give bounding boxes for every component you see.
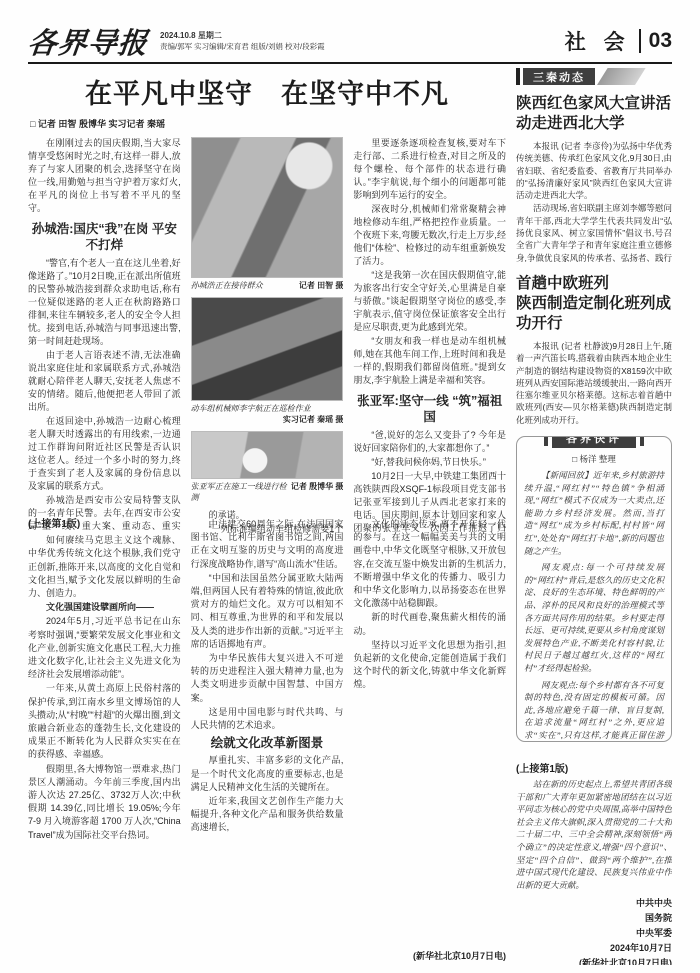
paragraph: “这是我第一次在国庆假期值守,能为旅客出行安全守好关,心里满是自豪与骄傲。”谈起… [353,269,506,334]
official-signature-block: 中共中央国务院中央军委2024年10月7日(新华社北京10月7日电) [516,896,672,965]
page-divider [639,29,641,53]
sidebar-article2-title-line2: 陕西制造定制化班列成功开行 [516,294,672,334]
paragraph: 站在新的历史起点上,希望共青团各级干部和广大青年更加紧密地团结在以习近平同志为核… [516,778,672,891]
photo1-caption: 孙城浩正在接待群众 记者 田智 摄 [191,280,344,291]
paragraph: 本报讯 (记者 李彦伶)为弘扬中华优秀传统美德、传承红色家风文化,9月30日,由… [516,140,672,201]
newspaper-page: 各界导报 2024.10.8 星期二 责编/郭军 实习编辑/宋育君 组版/刘娟 … [0,0,700,973]
sidebar-continued-section: (上接第1版) 站在新的历史起点上,希望共青团各级干部和广大青年更加紧密地团结在… [516,760,672,965]
paragraph: 由于老人言语表述不清,无法准确说出家庭住址和家属联系方式,孙城浩就耐心陪伴老人聊… [28,349,181,414]
main-byline: □ 记者 田智 殷博华 实习记者 秦瑶 [30,117,506,130]
main-column-2: 孙城浩正在接待群众 记者 田智 摄 动车组机械师李宇航正在巡检作业 实习记者 秦… [191,137,344,533]
sidebar-article1-body: 本报讯 (记者 李彦伶)为弘扬中华优秀传统美德、传承红色家风文化,9月30日,由… [516,140,672,262]
paragraph: 这是用中国电影与时代共鸣、与人民共情的艺术追求。 [191,706,344,732]
masthead-rule [28,62,672,64]
paragraph: “警官,有个老人一直在这儿坐着,好像迷路了。”10月2日晚,正在派出所值班的民警… [28,257,181,348]
paragraph: 假期里,各大博物馆一票难求,热门景区人潮涌动。今年前三季度,国内出游人次达 27… [28,763,181,842]
intro-paragraph: 在刚刚过去的国庆假期,当大家尽情享受悠闲时光之时,有这样一群人,放弃了与家人团聚… [28,137,181,215]
paragraph: 网友观点:每一个可持续发展的“网红村”背后,是悠久的历史文化积淀、良好的生态环境… [524,561,664,674]
photo2-caption: 动车组机械师李宇航正在巡检作业 实习记者 秦瑶 摄 [191,403,344,425]
bottom-column-2: 中法建交60周年之际,在法国国家图书馆、比利牛斯省图书馆之间,两国正在文明互鉴的… [191,518,344,965]
paragraph: “中国和法国虽然分属亚欧大陆两端,但两国人民有着特殊的情谊,彼此欣赏对方的灿烂文… [191,572,344,651]
paragraph: 新的时代画卷,聚焦薪火相传的涌动。 [353,611,506,637]
li-yuhang-continued-paragraphs: 里要逐条逐项检查复核,要对车下走行部、二系进行检查,对目之所及的每个螺栓、每个部… [353,137,506,387]
photo2-caption-text: 动车组机械师李宇航正在巡检作业 [191,403,344,414]
bottom-col2-paragraphs: 中法建交60周年之际,在法国国家图书馆、比利牛斯省图书馆之间,两国正在文明互鉴的… [191,518,344,835]
sun-chenghao-paragraphs: “警官,有个老人一直在这儿坐着,好像迷路了。”10月2日晚,正在派出所值班的民警… [28,257,181,533]
section-name: 社 会 [565,26,631,56]
sidebar: 三秦动态 陕西红色家风大宣讲活动走进西北大学 本报讯 (记者 李彦伶)为弘扬中华… [516,68,672,965]
main-article: 在平凡中坚守 在坚守中不凡 □ 记者 田智 殷博华 实习记者 秦瑶 在刚刚过去的… [28,70,506,533]
section-page-info: 社 会 03 [565,26,672,56]
paragraph: 如何赓续马克思主义这个魂脉、中华优秀传统文化这个根脉,我们党守正创新,推陈开来,… [28,534,181,600]
commentary-box-header: 各界快评 [524,436,664,448]
photo1-credit: 记者 田智 摄 [299,280,343,291]
bottom-continued-section: (上接第1版) 如何赓续马克思主义这个魂脉、中华优秀传统文化这个根脉,我们党守正… [28,518,506,965]
paragraph: 文化的活态传承,离不开年轻一代的参与。在这一幅幅美美与共的文明画卷中,中华文化既… [353,518,506,610]
main-column-3: 里要逐条逐项检查复核,要对车下走行部、二系进行检查,对目之所及的每个螺栓、每个部… [353,137,506,533]
commentary-box: 各界快评 □ 杨洋 整理 【新闻回放】近年来,乡村旅游持续升温,“网红村”“特色… [516,436,672,742]
paragraph: 在返回途中,孙城浩一边耐心梳理老人聊天时透露出的有用线索,一边通过工作群询问附近… [28,415,181,493]
sidebar-continued-label: (上接第1版) [516,760,672,775]
sidebar-article1-title: 陕西红色家风大宣讲活动走进西北大学 [516,94,672,134]
paragraph: 近年来,我国文艺创作生产能力大幅提升,各种文化产品和服务供给数量高速增长, [191,795,344,835]
newspaper-logo: 各界导报 [26,21,150,62]
staff-line: 责编/郭军 实习编辑/宋育君 组版/刘娟 校对/段彩霞 [160,41,325,52]
bottom-col1-paragraphs: 如何赓续马克思主义这个魂脉、中华优秀传统文化这个根脉,我们党守正创新,推陈开来,… [28,534,181,842]
paragraph: 国务院 [516,911,672,925]
paragraph: 深夜时分,机械师们常常聚精会神地检修动车组,严格把控作业质量。一个夜班下来,弯腰… [353,203,506,268]
sidebar-continued-body: 站在新的历史起点上,希望共青团各级干部和广大青年更加紧密地团结在以习近平同志为核… [516,778,672,892]
sanqin-header-label: 三秦动态 [523,68,595,85]
commentary-body: 【新闻回放】近年来,乡村旅游持续升温,“网红村”“特色镇”争相涌现,“网红”模式… [524,469,664,742]
masthead-info: 2024.10.8 星期二 责编/郭军 实习编辑/宋育君 组版/刘娟 校对/段彩… [160,30,325,52]
photo2-credit: 实习记者 秦瑶 摄 [191,414,344,425]
paragraph: 坚持以习近平文化思想为指引,担负起新的文化使命,定能创造属于我们这个时代的新文化… [353,639,506,692]
paragraph: 中法建交60周年之际,在法国国家图书馆、比利牛斯省图书馆之间,两国正在文明互鉴的… [191,518,344,571]
paragraph: 2024年5月,习近平总书记在山东考察时强调,“要繁荣发展文化事业和文化产业,创… [28,615,181,681]
header-accent-bar [516,68,520,85]
box-header-accent-left [544,436,548,446]
paragraph: 里要逐条逐项检查复核,要对车下走行部、二系进行检查,对目之所及的每个螺栓、每个部… [353,137,506,202]
paragraph: 【新闻回放】近年来,乡村旅游持续升温,“网红村”“特色镇”争相涌现,“网红”模式… [524,469,664,557]
sidebar-article2-title-line1: 首趟中欧班列 [516,274,672,294]
date-line: 2024.10.8 星期二 [160,30,325,41]
paragraph: 中共中央 [516,896,672,910]
xinhua-credit: (新华社北京10月7日电) [413,950,506,963]
photo3-credit: 记者 殷博华 摄 [291,481,343,503]
paragraph: 一年来,从黄土高原上民俗村落的保护传承,到江南水乡里文博场馆的人头攒动;从“村晚… [28,682,181,761]
photo-construction-worker [191,431,344,479]
bottom-column-1: (上接第1版) 如何赓续马克思主义这个魂脉、中华优秀传统文化这个根脉,我们党守正… [28,518,181,965]
commentary-header-label: 各界快评 [552,436,636,448]
paragraph: 本报讯 (记者 杜静波)9月28日上午,随着一声汽笛长鸣,搭载着由陕西本地企业生… [516,340,672,426]
box-header-accent-right [640,436,644,446]
paragraph: 文化强国建设擘画所向—— [28,601,181,614]
bottom-col3-paragraphs: 文化的活态传承,离不开年轻一代的参与。在这一幅幅美美与共的文明画卷中,中华文化既… [353,518,506,692]
paragraph: 网友观点:每个乡村都有各不可复制的特色,没有固定的模板可循。因此,各地应避免千篇… [524,679,664,743]
main-headline: 在平凡中坚守 在坚守中不凡 [28,72,506,111]
photo3-caption: 张亚军正在施工一线进行检测 记者 殷博华 摄 [191,481,344,503]
sanqin-section-header: 三秦动态 [516,68,672,85]
paragraph: (新华社北京10月7日电) [516,956,672,965]
paragraph: 厚重扎实、丰富多彩的文化产品,是一个时代文化高度的重要标志,也是满足人民精神文化… [191,754,344,794]
paragraph: “女朋友和我一样也是动车组机械师,她在其他车间工作,上班时间和我是一样的,假期我… [353,335,506,387]
paragraph: 中央军委 [516,926,672,940]
bottom-columns: (上接第1版) 如何赓续马克思主义这个魂脉、中华优秀传统文化这个根脉,我们党守正… [28,518,506,965]
page-number: 03 [649,29,672,53]
photo-police-officer [191,137,344,278]
photo-train-mechanic [191,297,344,401]
subhead-zhang-yajun: 张亚军:坚守一线 “筑”福祖国 [353,393,506,425]
header-tail-shape [597,68,646,85]
commentary-byline: □ 杨洋 整理 [524,453,664,465]
main-columns: 在刚刚过去的国庆假期,当大家尽情享受悠闲时光之时,有这样一群人,放弃了与家人团聚… [28,137,506,533]
photo1-caption-text: 孙城浩正在接待群众 [191,280,263,291]
paragraph: 活动现场,省妇联副主席刘李娜等慰问青年干部,西北大学学生代表共同发出“弘扬优良家… [516,202,672,262]
continued-label: (上接第1版) [28,518,181,531]
paragraph: 绘就文化改革新图景 [191,737,344,750]
masthead: 各界导报 2024.10.8 星期二 责编/郭军 实习编辑/宋育君 组版/刘娟 … [28,22,672,60]
bottom-column-3: 文化的活态传承,离不开年轻一代的参与。在这一幅幅美美与共的文明画卷中,中华文化既… [353,518,506,965]
main-column-1: 在刚刚过去的国庆假期,当大家尽情享受悠闲时光之时,有这样一群人,放弃了与家人团聚… [28,137,181,533]
subhead-sun-chenghao: 孙城浩:国庆“我”在岗 平安不打烊 [28,221,181,253]
sidebar-article2-body: 本报讯 (记者 杜静波)9月28日上午,随着一声汽笛长鸣,搭载着由陕西本地企业生… [516,340,672,426]
paragraph: “爸,说好的怎么又变卦了? 今年是说好回家陪你们的,大家都想你了。” [353,429,506,455]
paragraph: 为中华民族伟大复兴进入不可逆转的历史进程注入强大精神力量,也为人类文明进步贡献中… [191,652,344,705]
photo3-caption-text: 张亚军正在施工一线进行检测 [191,481,291,503]
sidebar-article2-title: 首趟中欧班列 陕西制造定制化班列成功开行 [516,274,672,334]
paragraph: “好,替我问候你妈,节日快乐。” [353,456,506,469]
paragraph: 2024年10月7日 [516,941,672,955]
